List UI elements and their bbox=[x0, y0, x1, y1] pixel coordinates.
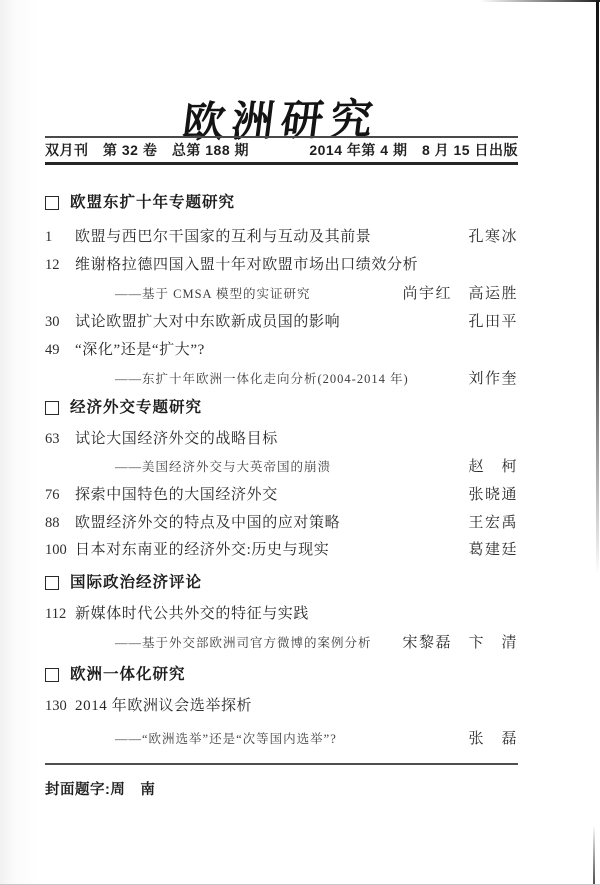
entry-title: 探索中国特色的大国经济外交 bbox=[75, 486, 468, 504]
entry-title: 维谢格拉德四国入盟十年对欧盟市场出口绩效分析 bbox=[75, 256, 518, 274]
entry-page-number: 130 bbox=[45, 697, 75, 715]
entry-author: 尚宇红 高运胜 bbox=[402, 286, 518, 302]
entry-page-number: 49 bbox=[45, 341, 75, 359]
entry-title: “深化”还是“扩大”? bbox=[75, 341, 518, 359]
entry-title: 新媒体时代公共外交的特征与实践 bbox=[75, 605, 518, 623]
entry-author: 葛建廷 bbox=[468, 541, 518, 559]
entry-page-number: 30 bbox=[45, 313, 75, 331]
entry-page-number: 76 bbox=[45, 486, 75, 504]
entry-subtitle: ——东扩十年欧洲一体化走向分析(2004-2014 年) bbox=[115, 371, 468, 387]
cover-inscription-note: 封面题字:周 南 bbox=[45, 781, 518, 799]
entry-page-number: 12 bbox=[45, 256, 75, 274]
entry-author: 张晓通 bbox=[468, 486, 518, 504]
entry-page-number: 112 bbox=[45, 605, 75, 623]
toc-entry-subtitle: ——基于 CMSA 模型的实证研究 尚宇红 高运胜 bbox=[45, 286, 518, 302]
entry-page-number: 1 bbox=[45, 228, 75, 246]
footer-rule bbox=[45, 763, 518, 765]
toc-entry: 130 2014 年欧洲议会选举探析 bbox=[45, 697, 518, 715]
toc-entry: 76 探索中国特色的大国经济外交 张晓通 bbox=[45, 486, 518, 504]
toc-entry-subtitle: ——美国经济外交与大英帝国的崩溃 赵 柯 bbox=[45, 459, 518, 475]
toc-entry-subtitle: ——基于外交部欧洲司官方微博的案例分析 宋黎磊 卞 清 bbox=[45, 635, 518, 651]
toc-entry: 49 “深化”还是“扩大”? bbox=[45, 341, 518, 359]
entry-title: 日本对东南亚的经济外交:历史与现实 bbox=[75, 541, 468, 559]
page-right-bottom-edge-shadow bbox=[593, 825, 595, 885]
header-rule-bottom bbox=[45, 162, 518, 165]
entry-subtitle: ——美国经济外交与大英帝国的崩溃 bbox=[115, 459, 468, 475]
toc-entry: 63 试论大国经济外交的战略目标 bbox=[45, 430, 518, 448]
entry-author: 赵 柯 bbox=[468, 459, 518, 475]
entry-author: 王宏禹 bbox=[468, 514, 518, 532]
section-checkbox-icon bbox=[45, 668, 59, 682]
toc-entry: 12 维谢格拉德四国入盟十年对欧盟市场出口绩效分析 bbox=[45, 256, 518, 274]
entry-subtitle: ——基于外交部欧洲司官方微博的案例分析 bbox=[115, 635, 402, 651]
section-checkbox-icon bbox=[45, 576, 59, 590]
section-checkbox-icon bbox=[45, 196, 59, 210]
section-heading: 国际政治经济评论 bbox=[45, 574, 518, 592]
entry-page-number: 100 bbox=[45, 541, 75, 559]
entry-author: 刘作奎 bbox=[468, 371, 518, 387]
entry-subtitle: ——基于 CMSA 模型的实证研究 bbox=[115, 286, 402, 302]
toc-entry: 30 试论欧盟扩大对中东欧新成员国的影响 孔田平 bbox=[45, 313, 518, 331]
section-heading: 欧洲一体化研究 bbox=[45, 666, 518, 684]
entry-subtitle: ——“欧洲选举”还是“次等国内选举”? bbox=[115, 731, 468, 747]
toc-entry: 88 欧盟经济外交的特点及中国的应对策略 王宏禹 bbox=[45, 514, 518, 532]
entry-author: 孔田平 bbox=[468, 313, 518, 331]
entry-title: 2014 年欧洲议会选举探析 bbox=[75, 697, 518, 715]
entry-author: 张 磊 bbox=[468, 731, 518, 747]
header-rule-top bbox=[45, 136, 518, 138]
page-right-edge-shadow bbox=[596, 0, 599, 575]
page-top-edge-shadow bbox=[480, 0, 600, 2]
entry-title: 试论大国经济外交的战略目标 bbox=[75, 430, 518, 448]
toc-entry: 1 欧盟与西巴尔干国家的互利与互动及其前景 孔寒冰 bbox=[45, 228, 518, 246]
masthead-issue-right: 2014 年第 4 期 8 月 15 日出版 bbox=[309, 141, 518, 159]
entry-author: 孔寒冰 bbox=[468, 228, 518, 246]
journal-toc-page: 欧洲研究 双月刊 第 32 卷 总第 188 期 2014 年第 4 期 8 月… bbox=[0, 0, 600, 885]
entry-title: 欧盟与西巴尔干国家的互利与互动及其前景 bbox=[75, 228, 468, 246]
toc-entry: 100 日本对东南亚的经济外交:历史与现实 葛建廷 bbox=[45, 541, 518, 559]
section-title: 欧盟东扩十年专题研究 bbox=[70, 194, 235, 212]
section-title: 欧洲一体化研究 bbox=[70, 666, 186, 684]
toc-entry-subtitle: ——东扩十年欧洲一体化走向分析(2004-2014 年) 刘作奎 bbox=[45, 371, 518, 387]
entry-author: 宋黎磊 卞 清 bbox=[402, 635, 518, 651]
entry-title: 欧盟经济外交的特点及中国的应对策略 bbox=[75, 514, 468, 532]
toc-entry-subtitle: ——“欧洲选举”还是“次等国内选举”? 张 磊 bbox=[45, 731, 518, 747]
section-title: 国际政治经济评论 bbox=[70, 574, 202, 592]
section-heading: 欧盟东扩十年专题研究 bbox=[45, 194, 518, 212]
masthead-issue-left: 双月刊 第 32 卷 总第 188 期 bbox=[45, 141, 249, 159]
entry-page-number: 88 bbox=[45, 514, 75, 532]
toc-entry: 112 新媒体时代公共外交的特征与实践 bbox=[45, 605, 518, 623]
entry-title: 试论欧盟扩大对中东欧新成员国的影响 bbox=[75, 313, 468, 331]
masthead-bar: 双月刊 第 32 卷 总第 188 期 2014 年第 4 期 8 月 15 日… bbox=[45, 141, 518, 159]
section-checkbox-icon bbox=[45, 401, 59, 415]
section-title: 经济外交专题研究 bbox=[70, 399, 202, 417]
entry-page-number: 63 bbox=[45, 430, 75, 448]
section-heading: 经济外交专题研究 bbox=[45, 399, 518, 417]
